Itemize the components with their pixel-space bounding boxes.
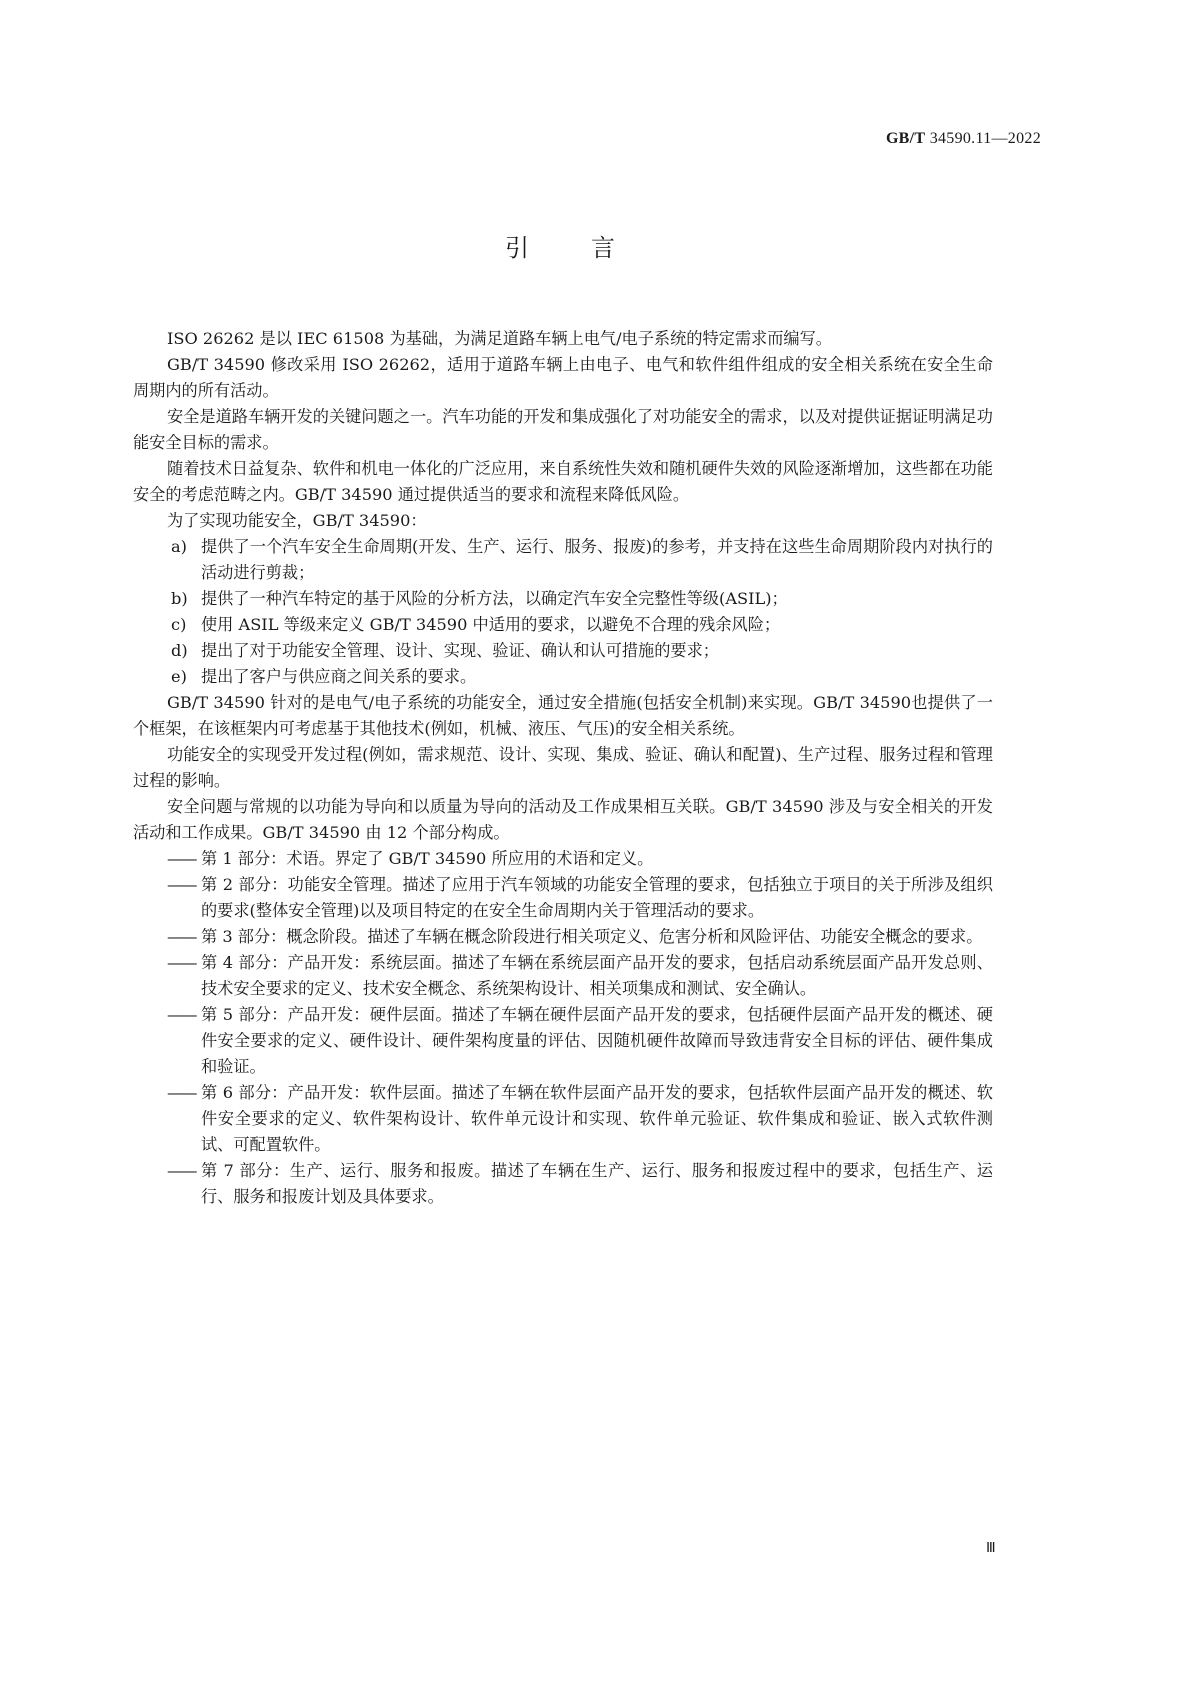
part-text: 第 7 部分：生产、运行、服务和报废。描述了车辆在生产、运行、服务和报废过程中的… xyxy=(201,1161,993,1206)
paragraph: 为了实现功能安全，GB/T 34590： xyxy=(133,508,993,534)
dash-marker: —— xyxy=(167,1080,195,1106)
standard-code: GB/T 34590.11—2022 xyxy=(886,130,1041,148)
part-item: —— 第 1 部分：术语。界定了 GB/T 34590 所应用的术语和定义。 xyxy=(133,846,993,872)
paragraph: 功能安全的实现受开发过程(例如，需求规范、设计、实现、集成、验证、确认和配置)、… xyxy=(133,742,993,794)
part-item: —— 第 6 部分：产品开发：软件层面。描述了车辆在软件层面产品开发的要求，包括… xyxy=(133,1080,993,1158)
part-item: —— 第 2 部分：功能安全管理。描述了应用于汽车领域的功能安全管理的要求，包括… xyxy=(133,872,993,924)
list-item: e) 提出了客户与供应商之间关系的要求。 xyxy=(133,664,993,690)
list-item: b) 提供了一种汽车特定的基于风险的分析方法，以确定汽车安全完整性等级(ASIL… xyxy=(133,586,993,612)
part-text: 第 4 部分：产品开发：系统层面。描述了车辆在系统层面产品开发的要求，包括启动系… xyxy=(201,953,993,998)
list-marker: b) xyxy=(171,586,188,612)
dash-marker: —— xyxy=(167,1002,195,1028)
part-item: —— 第 4 部分：产品开发：系统层面。描述了车辆在系统层面产品开发的要求，包括… xyxy=(133,950,993,1002)
list-item: a) 提供了一个汽车安全生命周期(开发、生产、运行、服务、报废)的参考，并支持在… xyxy=(133,534,993,586)
document-body: ISO 26262 是以 IEC 61508 为基础，为满足道路车辆上电气/电子… xyxy=(133,326,993,1210)
page-number: Ⅲ xyxy=(986,1540,996,1557)
part-item: —— 第 7 部分：生产、运行、服务和报废。描述了车辆在生产、运行、服务和报废过… xyxy=(133,1158,993,1210)
title-char-2: 言 xyxy=(591,228,615,263)
paragraph: 随着技术日益复杂、软件和机电一体化的广泛应用，来自系统性失效和随机硬件失效的风险… xyxy=(133,456,993,508)
standard-code-prefix: GB/T xyxy=(886,130,925,147)
list-text: 提供了一个汽车安全生命周期(开发、生产、运行、服务、报废)的参考，并支持在这些生… xyxy=(201,537,993,582)
dash-marker: —— xyxy=(167,872,195,898)
part-item: —— 第 5 部分：产品开发：硬件层面。描述了车辆在硬件层面产品开发的要求，包括… xyxy=(133,1002,993,1080)
dash-marker: —— xyxy=(167,1158,195,1184)
standard-code-number: 34590.11—2022 xyxy=(930,130,1041,147)
list-item: d) 提出了对于功能安全管理、设计、实现、验证、确认和认可措施的要求； xyxy=(133,638,993,664)
list-marker: c) xyxy=(171,612,186,638)
list-text: 提出了对于功能安全管理、设计、实现、验证、确认和认可措施的要求； xyxy=(201,641,719,660)
dash-marker: —— xyxy=(167,950,195,976)
paragraph: 安全问题与常规的以功能为导向和以质量为导向的活动及工作成果相互关联。GB/T 3… xyxy=(133,794,993,846)
part-text: 第 6 部分：产品开发：软件层面。描述了车辆在软件层面产品开发的要求，包括软件层… xyxy=(201,1083,993,1154)
part-item: —— 第 3 部分：概念阶段。描述了车辆在概念阶段进行相关项定义、危害分析和风险… xyxy=(133,924,993,950)
paragraph: GB/T 34590 针对的是电气/电子系统的功能安全，通过安全措施(包括安全机… xyxy=(133,690,993,742)
paragraph: GB/T 34590 修改采用 ISO 26262，适用于道路车辆上由电子、电气… xyxy=(133,352,993,404)
list-marker: d) xyxy=(171,638,188,664)
part-text: 第 5 部分：产品开发：硬件层面。描述了车辆在硬件层面产品开发的要求，包括硬件层… xyxy=(201,1005,993,1076)
part-text: 第 2 部分：功能安全管理。描述了应用于汽车领域的功能安全管理的要求，包括独立于… xyxy=(201,875,993,920)
title-char-1: 引 xyxy=(505,228,529,263)
paragraph: ISO 26262 是以 IEC 61508 为基础，为满足道路车辆上电气/电子… xyxy=(133,326,993,352)
dash-marker: —— xyxy=(167,924,195,950)
part-text: 第 3 部分：概念阶段。描述了车辆在概念阶段进行相关项定义、危害分析和风险评估、… xyxy=(201,927,982,946)
list-marker: e) xyxy=(171,664,187,690)
paragraph: 安全是道路车辆开发的关键问题之一。汽车功能的开发和集成强化了对功能安全的需求，以… xyxy=(133,404,993,456)
list-text: 使用 ASIL 等级来定义 GB/T 34590 中适用的要求，以避免不合理的残… xyxy=(201,615,780,634)
page-title: 引言 xyxy=(0,228,1120,263)
list-marker: a) xyxy=(171,534,187,560)
list-text: 提供了一种汽车特定的基于风险的分析方法，以确定汽车安全完整性等级(ASIL)； xyxy=(201,589,788,608)
dash-marker: —— xyxy=(167,846,195,872)
part-text: 第 1 部分：术语。界定了 GB/T 34590 所应用的术语和定义。 xyxy=(201,849,653,868)
list-text: 提出了客户与供应商之间关系的要求。 xyxy=(201,667,476,686)
list-item: c) 使用 ASIL 等级来定义 GB/T 34590 中适用的要求，以避免不合… xyxy=(133,612,993,638)
